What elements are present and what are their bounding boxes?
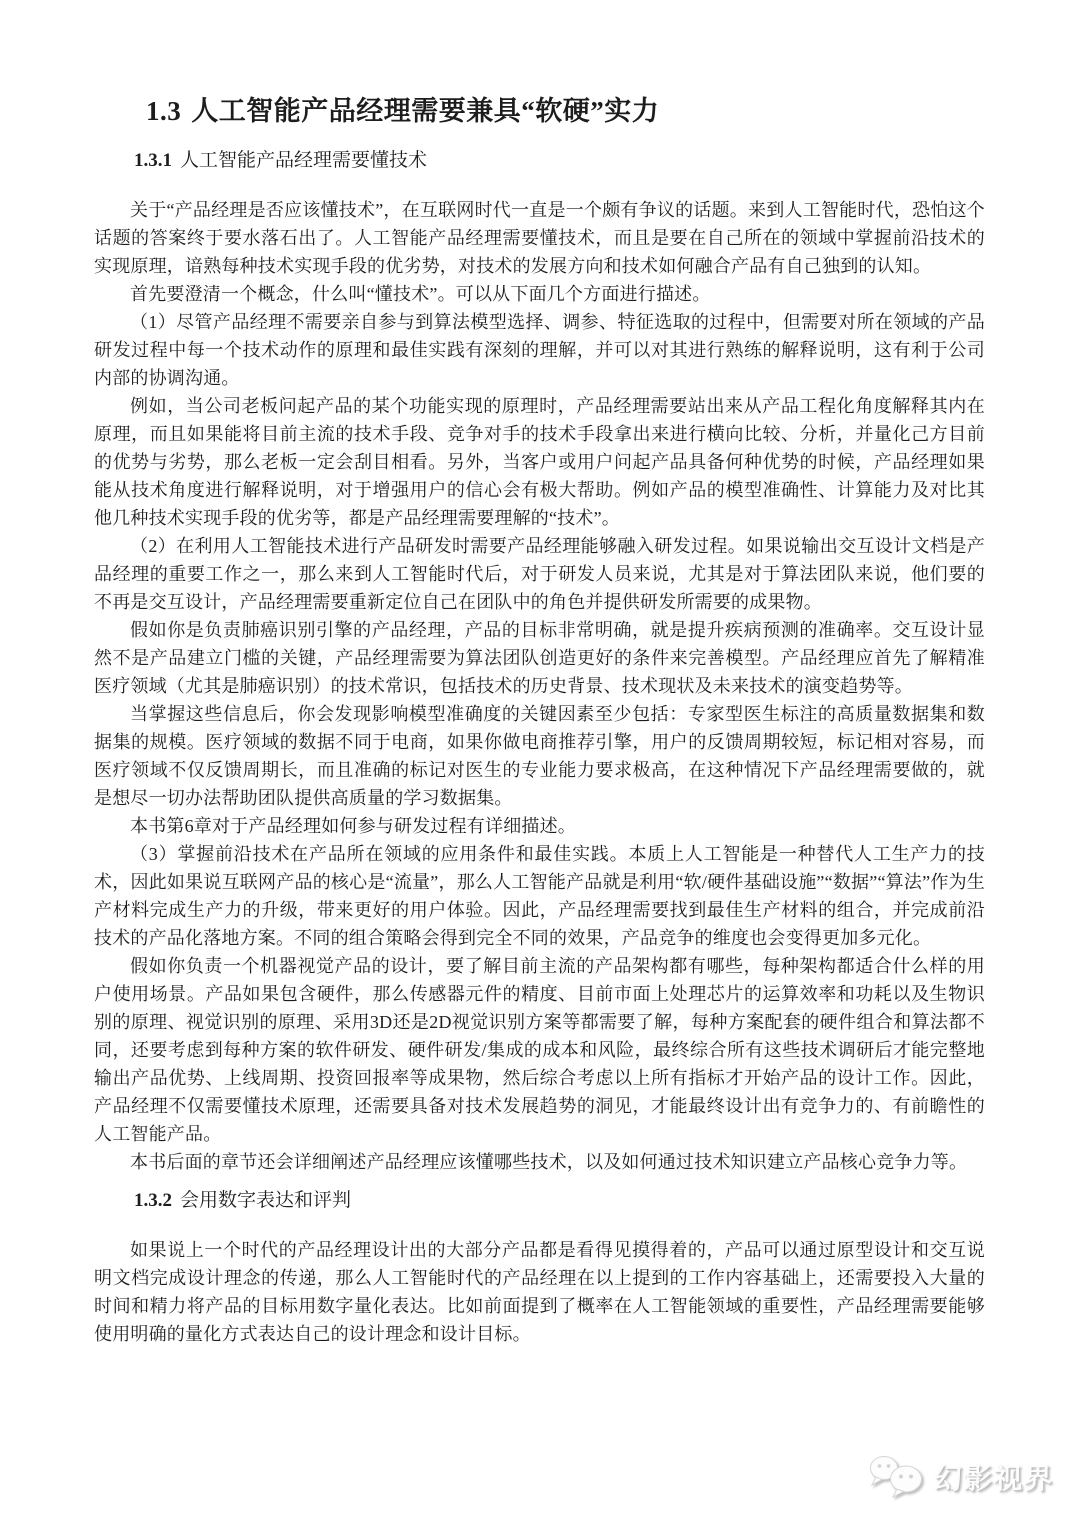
paragraph: 如果说上一个时代的产品经理设计出的大部分产品都是看得见摸得着的，产品可以通过原型… <box>94 1236 985 1348</box>
paragraph: 假如你是负责肺癌识别引擎的产品经理，产品的目标非常明确，就是提升疾病预测的准确率… <box>94 616 985 700</box>
paragraph: 本书第6章对于产品经理如何参与研发过程有详细描述。 <box>94 812 985 840</box>
paragraph: 当掌握这些信息后，你会发现影响模型准确度的关键因素至少包括：专家型医生标注的高质… <box>94 700 985 812</box>
section-number: 1.3 <box>146 96 181 126</box>
document-page: 1.3人工智能产品经理需要兼具“软硬”实力 1.3.1人工智能产品经理需要懂技术… <box>0 0 1080 1527</box>
watermark-label: 幻影视界 <box>934 1457 1054 1497</box>
paragraph: 例如，当公司老板问起产品的某个功能实现的原理时，产品经理需要站出来从产品工程化角… <box>94 392 985 532</box>
subsection-heading-132: 1.3.2会用数字表达和评判 <box>134 1190 985 1212</box>
subsection-title: 人工智能产品经理需要懂技术 <box>180 150 427 171</box>
paragraph: （3）掌握前沿技术在产品所在领域的应用条件和最佳实践。本质上人工智能是一种替代人… <box>94 840 985 952</box>
section-title: 人工智能产品经理需要兼具“软硬”实力 <box>191 96 659 126</box>
subsection-heading-131: 1.3.1人工智能产品经理需要懂技术 <box>134 150 985 172</box>
subsection-number: 1.3.2 <box>134 1190 172 1211</box>
paragraph: 本书后面的章节还会详细阐述产品经理应该懂哪些技术，以及如何通过技术知识建立产品核… <box>94 1148 985 1176</box>
subsection-number: 1.3.1 <box>134 150 172 171</box>
section-heading: 1.3人工智能产品经理需要兼具“软硬”实力 <box>146 96 985 126</box>
paragraph: 首先要澄清一个概念，什么叫“懂技术”。可以从下面几个方面进行描述。 <box>94 280 985 308</box>
paragraph: 关于“产品经理是否应该懂技术”，在互联网时代一直是一个颇有争议的话题。来到人工智… <box>94 196 985 280</box>
wechat-bubbles-icon <box>868 1455 926 1499</box>
paragraph: （1）尽管产品经理不需要亲自参与到算法模型选择、调参、特征选取的过程中，但需要对… <box>94 308 985 392</box>
subsection-title: 会用数字表达和评判 <box>180 1190 351 1211</box>
paragraph: 假如你负责一个机器视觉产品的设计，要了解目前主流的产品架构都有哪些，每种架构都适… <box>94 952 985 1148</box>
paragraph: （2）在利用人工智能技术进行产品研发时需要产品经理能够融入研发过程。如果说输出交… <box>94 532 985 616</box>
watermark: 幻影视界 <box>868 1455 1054 1499</box>
